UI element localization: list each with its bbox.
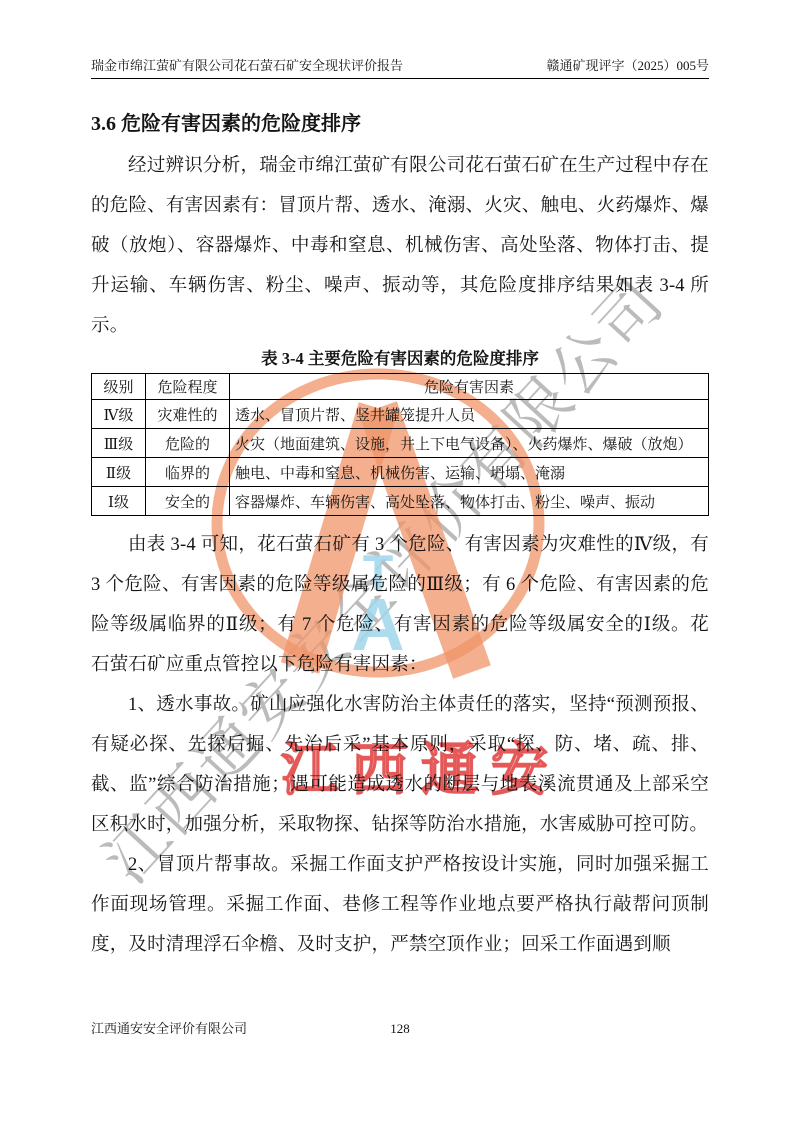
cell-factors: 触电、中毒和窒息、机械伤害、运输、坍塌、淹溺 — [230, 458, 709, 487]
column-header-degree: 危险程度 — [146, 374, 230, 400]
cell-degree: 灾难性的 — [146, 400, 230, 429]
column-header-factors: 危险有害因素 — [230, 374, 709, 400]
table-row: Ⅳ级 灾难性的 透水、冒顶片帮、竖井罐笼提升人员 — [92, 400, 709, 429]
page-content: 瑞金市绵江萤矿有限公司花石萤石矿安全现状评价报告 赣通矿现评字（2025）005… — [0, 0, 793, 965]
paragraph-intro: 经过辨识分析，瑞金市绵江萤矿有限公司花石萤石矿在生产过程中存在的危险、有害因素有… — [91, 146, 709, 346]
cell-level: Ⅲ级 — [92, 429, 146, 458]
cell-factors: 火灾（地面建筑、设施，井上下电气设备）、火药爆炸、爆破（放炮） — [230, 429, 709, 458]
paragraph-item-1: 1、透水事故。矿山应强化水害防治主体责任的落实，坚持“预测预报、有疑必探、先探后… — [91, 685, 709, 845]
document-page: 江西通安安全评价有限公司 T A 江西通安 瑞金市绵江萤矿有限公司花石萤石矿安全… — [0, 0, 793, 1122]
page-footer: 江西通安安全评价有限公司 128 — [91, 1020, 709, 1037]
table-caption: 表 3-4 主要危险有害因素的危险度排序 — [91, 348, 709, 370]
cell-level: Ⅳ级 — [92, 400, 146, 429]
header-report-title: 瑞金市绵江萤矿有限公司花石萤石矿安全现状评价报告 — [91, 57, 403, 75]
cell-level: Ⅱ级 — [92, 458, 146, 487]
cell-factors: 容器爆炸、车辆伤害、高处坠落、物体打击、粉尘、噪声、振动 — [230, 487, 709, 516]
paragraph-item-2: 2、冒顶片帮事故。采掘工作面支护严格按设计实施，同时加强采掘工作面现场管理。采掘… — [91, 845, 709, 965]
header-doc-number: 赣通矿现评字（2025）005号 — [546, 57, 709, 75]
page-header: 瑞金市绵江萤矿有限公司花石萤石矿安全现状评价报告 赣通矿现评字（2025）005… — [91, 0, 709, 79]
paragraph-summary: 由表 3-4 可知，花石萤石矿有 3 个危险、有害因素为灾难性的Ⅳ级，有 3 个… — [91, 525, 709, 685]
column-header-level: 级别 — [92, 374, 146, 400]
cell-degree: 临界的 — [146, 458, 230, 487]
table-header-row: 级别 危险程度 危险有害因素 — [92, 374, 709, 400]
cell-degree: 安全的 — [146, 487, 230, 516]
table-row: Ⅲ级 危险的 火灾（地面建筑、设施，井上下电气设备）、火药爆炸、爆破（放炮） — [92, 429, 709, 458]
page-number: 128 — [390, 1020, 410, 1037]
footer-company-name: 江西通安安全评价有限公司 — [91, 1020, 247, 1037]
risk-ranking-table: 级别 危险程度 危险有害因素 Ⅳ级 灾难性的 透水、冒顶片帮、竖井罐笼提升人员 … — [91, 373, 709, 516]
table-row: Ⅱ级 临界的 触电、中毒和窒息、机械伤害、运输、坍塌、淹溺 — [92, 458, 709, 487]
cell-factors: 透水、冒顶片帮、竖井罐笼提升人员 — [230, 400, 709, 429]
section-title: 3.6 危险有害因素的危险度排序 — [91, 111, 709, 137]
table-row: Ⅰ级 安全的 容器爆炸、车辆伤害、高处坠落、物体打击、粉尘、噪声、振动 — [92, 487, 709, 516]
cell-degree: 危险的 — [146, 429, 230, 458]
cell-level: Ⅰ级 — [92, 487, 146, 516]
